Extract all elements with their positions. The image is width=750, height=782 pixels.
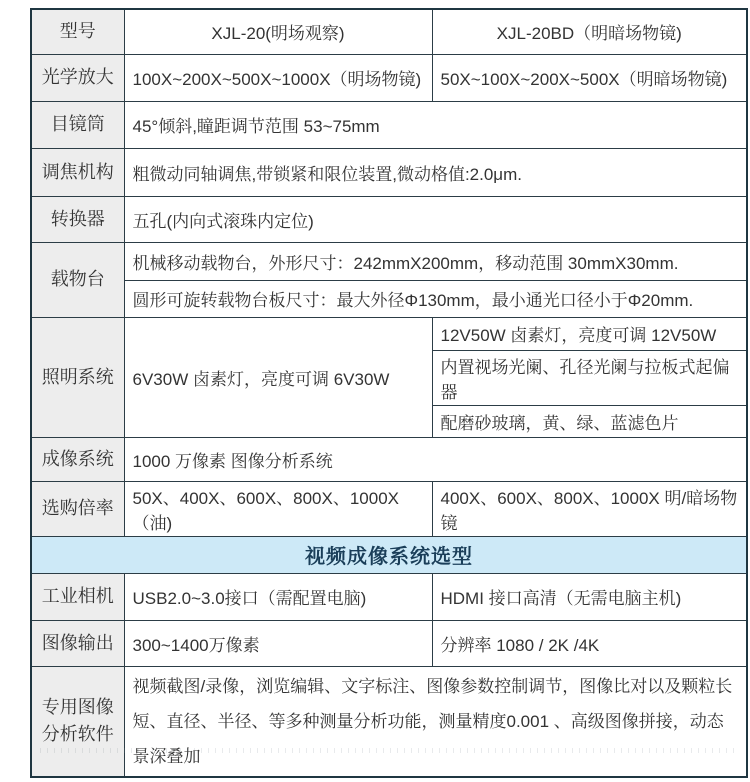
row-focusing-label: 调焦机构 (31, 148, 124, 196)
row-nosepiece-label: 转换器 (31, 196, 124, 242)
camera-left-cell: USB2.0~3.0接口（需配置电脑) (124, 573, 432, 620)
row-industrial-camera: 工业相机 USB2.0~3.0接口（需配置电脑) HDMI 接口高清（无需电脑主… (31, 573, 747, 620)
row-nosepiece: 转换器 五孔(内向式滚珠内定位) (31, 196, 747, 242)
row-stage-label: 载物台 (31, 242, 124, 317)
optical-left-cell: 100X~200X~500X~1000X（明场物镜) (124, 54, 432, 101)
row-model: 型号 XJL-20(明场观察) XJL-20BD（明暗场物镜) (31, 9, 747, 54)
illumination-right3-cell: 配磨砂玻璃，黄、绿、蓝滤色片 (432, 405, 747, 437)
row-image-output: 图像输出 300~1400万像素 分辨率 1080 / 2K /4K (31, 620, 747, 666)
row-video-section-header: 视频成像系统选型 (31, 536, 747, 573)
faint-watermark-strip (40, 748, 740, 753)
row-optional-magnification: 选购倍率 50X、400X、600X、800X、1000X（油) 400X、60… (31, 481, 747, 536)
illumination-right2-cell: 内置视场光阑、孔径光阑与拉板式起偏器 (432, 350, 747, 405)
row-stage-1: 载物台 机械移动载物台，外形尺寸：242mmX200mm，移动范围 30mmX3… (31, 242, 747, 280)
row-illumination-1: 照明系统 6V30W 卤素灯，亮度可调 6V30W 12V50W 卤素灯，亮度可… (31, 317, 747, 350)
model-left-cell: XJL-20(明场观察) (124, 9, 432, 54)
row-software-label: 专用图像分析软件 (31, 666, 124, 777)
row-optical-label: 光学放大 (31, 54, 124, 101)
software-value-cell: 视频截图/录像，浏览编辑、文字标注、图像参数控制调节，图像比对以及颗粒长短、直径… (124, 666, 747, 777)
imaging-value-cell: 1000 万像素 图像分析系统 (124, 437, 747, 481)
optional-left-cell: 50X、400X、600X、800X、1000X（油) (124, 481, 432, 536)
row-imaging-system: 成像系统 1000 万像素 图像分析系统 (31, 437, 747, 481)
row-analysis-software: 专用图像分析软件 视频截图/录像，浏览编辑、文字标注、图像参数控制调节，图像比对… (31, 666, 747, 777)
microscope-spec-table: 型号 XJL-20(明场观察) XJL-20BD（明暗场物镜) 光学放大 100… (30, 8, 748, 778)
spec-sheet-page: 型号 XJL-20(明场观察) XJL-20BD（明暗场物镜) 光学放大 100… (0, 0, 750, 782)
image-output-right-cell: 分辨率 1080 / 2K /4K (432, 620, 747, 666)
image-output-left-cell: 300~1400万像素 (124, 620, 432, 666)
video-section-header-cell: 视频成像系统选型 (31, 536, 747, 573)
row-optical-magnification: 光学放大 100X~200X~500X~1000X（明场物镜) 50X~100X… (31, 54, 747, 101)
optical-right-cell: 50X~100X~200X~500X（明暗场物镜) (432, 54, 747, 101)
optional-right-cell: 400X、600X、800X、1000X 明/暗场物镜 (432, 481, 747, 536)
eyepiece-value-cell: 45°倾斜,瞳距调节范围 53~75mm (124, 101, 747, 148)
row-camera-label: 工业相机 (31, 573, 124, 620)
row-eyepiece-label: 目镜筒 (31, 101, 124, 148)
row-stage-2: 圆形可旋转载物台板尺寸：最大外径Φ130mm，最小通光口径小于Φ20mm. (31, 280, 747, 317)
row-image-output-label: 图像输出 (31, 620, 124, 666)
row-illumination-label: 照明系统 (31, 317, 124, 437)
model-right-cell: XJL-20BD（明暗场物镜) (432, 9, 747, 54)
stage-row2-cell: 圆形可旋转载物台板尺寸：最大外径Φ130mm，最小通光口径小于Φ20mm. (124, 280, 747, 317)
camera-right-cell: HDMI 接口高清（无需电脑主机) (432, 573, 747, 620)
illumination-left-cell: 6V30W 卤素灯，亮度可调 6V30W (124, 317, 432, 437)
row-imaging-label: 成像系统 (31, 437, 124, 481)
stage-row1-cell: 机械移动载物台，外形尺寸：242mmX200mm，移动范围 30mmX30mm. (124, 242, 747, 280)
nosepiece-value-cell: 五孔(内向式滚珠内定位) (124, 196, 747, 242)
row-model-label: 型号 (31, 9, 124, 54)
focusing-value-cell: 粗微动同轴调焦,带锁紧和限位装置,微动格值:2.0μm. (124, 148, 747, 196)
row-eyepiece-tube: 目镜筒 45°倾斜,瞳距调节范围 53~75mm (31, 101, 747, 148)
row-optional-label: 选购倍率 (31, 481, 124, 536)
row-focusing: 调焦机构 粗微动同轴调焦,带锁紧和限位装置,微动格值:2.0μm. (31, 148, 747, 196)
illumination-right1-cell: 12V50W 卤素灯，亮度可调 12V50W (432, 317, 747, 350)
